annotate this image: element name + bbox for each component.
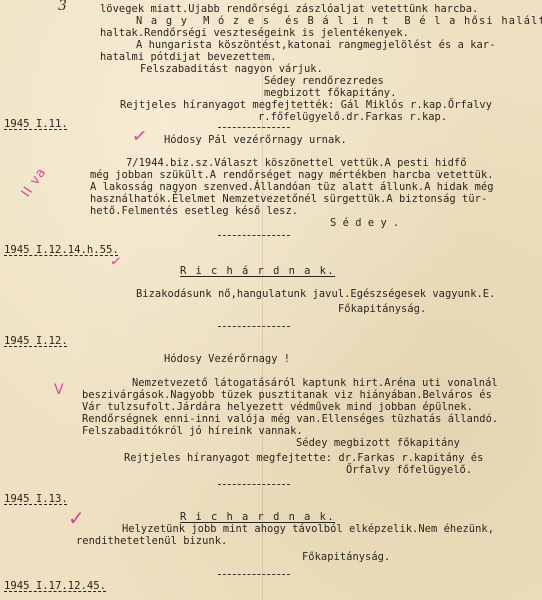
v-mark-icon: V xyxy=(54,382,64,398)
divider xyxy=(218,574,290,575)
text-line: Felszabaditást nagyon várjuk. xyxy=(140,63,323,75)
page-number: 3 xyxy=(58,0,67,14)
addressee: Hódosy Vezérőrnagy ! xyxy=(164,353,290,365)
decoded-by-line: Rejtjeles híranyagot megfejtették: Gál M… xyxy=(120,99,492,111)
body-line: Vár tulzsufolt.Járdára helyezett védműve… xyxy=(82,401,473,413)
addressee: Hódosy Pál vezérőrnagy urnak. xyxy=(164,134,347,146)
checkmark-icon: ✓ xyxy=(109,253,123,270)
text-line: hatalmi pótdijat bevezettem. xyxy=(100,51,277,63)
signature-line: megbizott főkapitány. xyxy=(264,87,396,99)
entry-date: 1945 I.13. xyxy=(4,493,68,505)
entry-date: 1945 I.17.12.45. xyxy=(4,580,106,592)
body-line: használhatók.Élelmet Nemzetvezetőnél sür… xyxy=(90,193,487,205)
body-line: még jobban szükült.A rendőrséget nagy mé… xyxy=(90,169,494,181)
text-line: A hungarista köszöntést,katonai rangmegj… xyxy=(136,39,495,51)
text-line: lövegek miatt.Ujabb rendőrségi zászlóalj… xyxy=(100,3,478,15)
text-line: haltak.Rendőrségi veszteségeink is jelen… xyxy=(100,27,409,39)
body-line: Bizakodásunk nő,hangulatunk javul.Egészs… xyxy=(136,288,495,300)
body-line: 7/1944.biz.sz.Választ köszönettel vettük… xyxy=(126,157,467,169)
decoded-by-line: Rejtjeles híranyagot megfejtette: dr.Far… xyxy=(124,452,483,464)
entry-date: 1945 I.12.14.h.55. xyxy=(4,244,119,256)
divider xyxy=(218,484,290,485)
addressee: R i c h á r d n a k. xyxy=(180,265,335,277)
body-line: hető.Felmentés esetleg késő lesz. xyxy=(90,205,298,217)
entry-date: 1945 I.12. xyxy=(4,335,68,347)
decoded-by-line: r.főfelügyelő.dr.Farkas r.kap. xyxy=(258,111,447,123)
signature: Sédey megbizott főkapitány xyxy=(296,437,460,449)
text-line: N a g y M ó z e s és B á l i n t B é l a… xyxy=(136,15,542,27)
body-line: A lakosság nagyon szenved.Állandóan tüz … xyxy=(90,181,494,193)
body-line: Felszabaditókról jó híreink vannak. xyxy=(82,425,303,437)
checkmark-icon: ✓ xyxy=(68,506,85,530)
entry-date: 1945 I.11. xyxy=(4,118,68,130)
body-line: Nemzetvezető látogatásáról kaptunk hirt.… xyxy=(132,377,498,389)
signature: Főkapitányság. xyxy=(338,303,426,315)
signature: S é d e y . xyxy=(330,217,399,229)
signature-line: Sédey rendőrezredes xyxy=(264,75,384,87)
divider xyxy=(218,127,290,128)
decoded-by-line: Őrfalvy főfelügyelő. xyxy=(346,464,472,476)
body-line: beszivárgások.Nagyobb tüzek pusztitanak … xyxy=(82,389,492,401)
body-line: rendithetetlenül bizunk. xyxy=(76,535,227,547)
body-line: Helyzetünk jobb mint ahogy távolból elké… xyxy=(122,523,494,535)
signature: Főkapitányság. xyxy=(302,551,390,563)
divider xyxy=(218,235,290,236)
divider xyxy=(218,326,290,327)
addressee: R i c h a r d n a k. xyxy=(180,511,335,523)
body-line: Rendőrségnek enni-inni valója még van.El… xyxy=(82,413,498,425)
checkmark-icon: ✓ xyxy=(131,125,149,148)
paper-fold xyxy=(262,0,263,600)
